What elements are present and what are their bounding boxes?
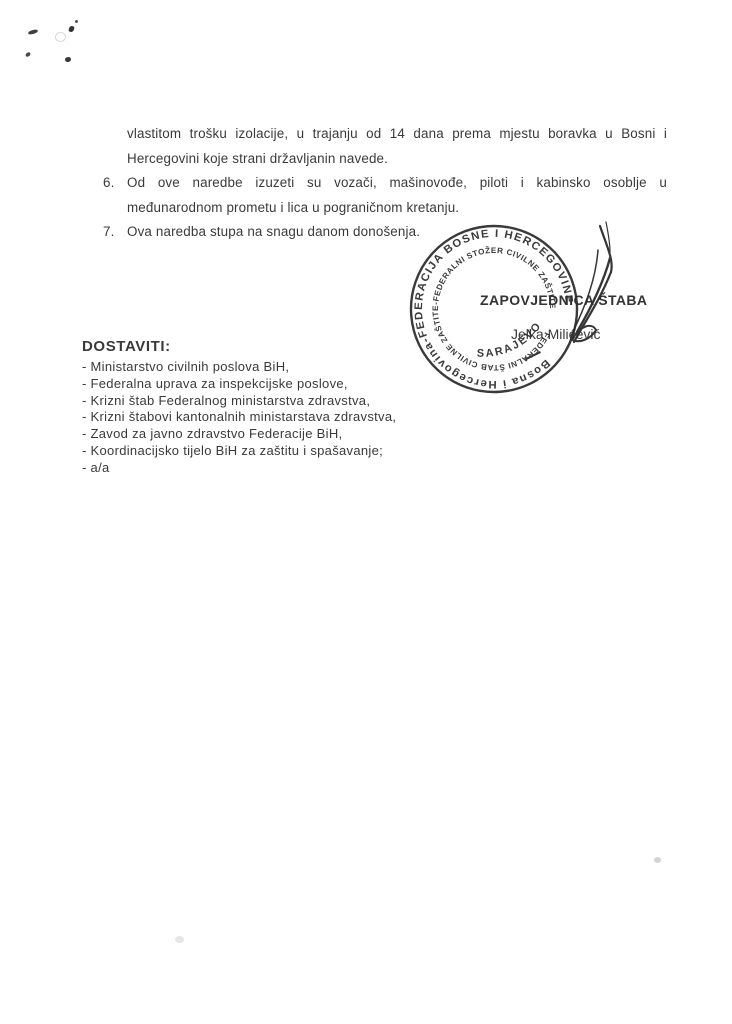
order-item-number: 7.	[103, 220, 127, 245]
order-item-lines: vlastitom trošku izolacije, u trajanju o…	[127, 122, 667, 171]
ink-speck	[25, 51, 31, 57]
ink-speck	[75, 20, 78, 23]
order-item-line: međunarodnom prometu i lica u pogranično…	[127, 196, 667, 221]
distribution-item: - Koordinacijsko tijelo BiH za zaštitu i…	[82, 443, 396, 460]
ink-speck	[28, 28, 39, 35]
ink-speck	[68, 25, 74, 32]
distribution-item: - a/a	[82, 460, 396, 477]
order-item-line: vlastitom trošku izolacije, u trajanju o…	[127, 122, 667, 147]
scanned-document-page: vlastitom trošku izolacije, u trajanju o…	[0, 0, 732, 1024]
ink-speck	[55, 32, 66, 42]
distribution-item: - Zavod za javno zdravstvo Federacije Bi…	[82, 426, 396, 443]
order-item: 6.Od ove naredbe izuzeti su vozači, maši…	[103, 171, 667, 220]
distribution-item: - Federalna uprava za inspekcijske poslo…	[82, 376, 396, 393]
order-item-line: Hercegovini koje strani državljanin nave…	[127, 147, 667, 172]
distribution-item: - Krizni štab Federalnog ministarstva zd…	[82, 393, 396, 410]
ink-speck	[654, 857, 661, 863]
order-item-number	[103, 122, 127, 171]
distribution-heading: DOSTAVITI:	[82, 338, 396, 356]
order-item: vlastitom trošku izolacije, u trajanju o…	[103, 122, 667, 171]
distribution-block: DOSTAVITI: - Ministarstvo civilnih poslo…	[82, 338, 396, 477]
distribution-item: - Ministarstvo civilnih poslova BiH,	[82, 359, 396, 376]
ink-speck	[175, 936, 184, 943]
order-item-line: Od ove naredbe izuzeti su vozači, mašino…	[127, 171, 667, 196]
order-item-number: 6.	[103, 171, 127, 220]
distribution-list: - Ministarstvo civilnih poslova BiH,- Fe…	[82, 359, 396, 477]
ink-speck	[65, 57, 71, 62]
handwritten-signature	[550, 220, 680, 380]
distribution-item: - Krizni štabovi kantonalnih ministarsta…	[82, 409, 396, 426]
order-item-lines: Od ove naredbe izuzeti su vozači, mašino…	[127, 171, 667, 220]
